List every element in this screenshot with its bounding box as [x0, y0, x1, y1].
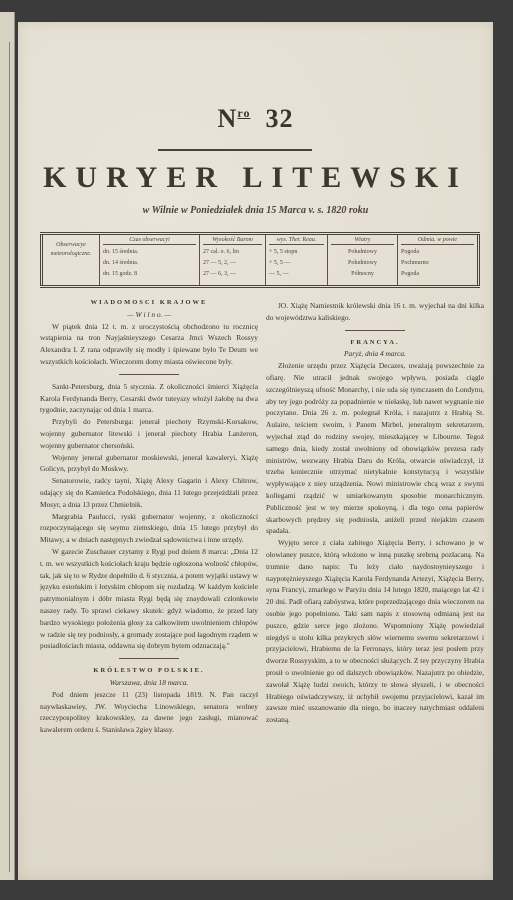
article-paragraph: Wojenny jenerał gubernator moskiewski, j… [40, 452, 258, 476]
article-paragraph: Sankt-Petersburg, dnia 5 stycznia. Z oko… [40, 381, 258, 416]
divider [345, 330, 405, 331]
left-column: WIADOMOSCI KRAJOWE — W i l n o. — W piąt… [40, 297, 258, 736]
weather-col-wind: Wiatry Południowy Południowy Północny [328, 235, 398, 285]
weather-table: Obserwacye meteorologiczne. Czas obserwa… [40, 232, 480, 288]
dateline: w Wilnie w Poniedziałek dnia 15 Marca v.… [18, 205, 493, 216]
section-title-poland: KRÓLESTWO POLSKIE. [40, 665, 258, 677]
weather-header: Wysokość Barom [203, 237, 262, 245]
weather-col-thermometer: wys. Ther. Reau. + 5, 5 stopn + 5, 5 — —… [266, 235, 328, 285]
article-paragraph: JO. Xiążę Namiestnik królewski dnia 16 t… [266, 300, 484, 324]
weather-cell: Pogoda [401, 269, 474, 280]
article-paragraph: Pod dniem jeszcze 11 (23) listopada 1819… [40, 689, 258, 736]
article-paragraph: Margrabia Paulucci, ryski gubernator woj… [40, 511, 258, 546]
weather-header: Czas obserwacyi [103, 237, 196, 245]
weather-header: Odmia. w powie [401, 237, 474, 245]
weather-cell: Południowy [331, 247, 394, 258]
article-paragraph: Przybyli do Petersburga: jenerał piechot… [40, 416, 258, 451]
weather-cell: 27 cal. o. 6, lin [203, 247, 262, 258]
previous-page-rule [9, 42, 10, 872]
newspaper-page: Nro 32 KURYER LITEWSKI w Wilnie w Ponied… [18, 22, 493, 880]
weather-col-time: Czas obserwacyi dn. 15 średnia. dn. 14 ś… [100, 235, 200, 285]
weather-cell: 27 — 6, 3, — [203, 269, 262, 280]
article-paragraph: Wyjęto serce z ciała zabitego Xiążęcia B… [266, 537, 484, 726]
article-paragraph: Złożenie urzędu przez Xiążęcia Decazes, … [266, 360, 484, 537]
place-warsaw: Warszawa, dnia 18 marca. [40, 677, 258, 689]
article-paragraph: W piątek dnia 12 t. m. z uroczystością o… [40, 321, 258, 368]
section-title-domestic: WIADOMOSCI KRAJOWE [40, 297, 258, 309]
weather-col-change: Odmia. w powie Pogoda Pochmurno Pogoda [398, 235, 480, 285]
divider [119, 374, 179, 375]
divider [119, 658, 179, 659]
title-rule [158, 149, 312, 151]
weather-cell: dn. 14 średnia. [103, 258, 196, 269]
number-prefix: N [218, 104, 238, 133]
weather-cell: Północny [331, 269, 394, 280]
weather-cell: dn. 15 średnia. [103, 247, 196, 258]
weather-col-barometer: Wysokość Barom 27 cal. o. 6, lin 27 — 5,… [200, 235, 266, 285]
weather-cell: — 5, — [269, 269, 324, 280]
weather-cell: Południowy [331, 258, 394, 269]
weather-cell: + 5, 5 stopn [269, 247, 324, 258]
weather-header: wys. Ther. Reau. [269, 237, 324, 245]
right-column: JO. Xiążę Namiestnik królewski dnia 16 t… [266, 300, 484, 726]
place-vilnius: — W i l n o. — [40, 309, 258, 321]
weather-cell: Pochmurno [401, 258, 474, 269]
weather-cell: + 5, 5 — [269, 258, 324, 269]
weather-label: Obserwacye meteorologiczne. [40, 235, 100, 285]
number-value: 32 [265, 104, 293, 133]
weather-header: Wiatry [331, 237, 394, 245]
weather-cell: 27 — 5, 2, — [203, 258, 262, 269]
article-paragraph: Senatorowie, radcy tayni, Xiążę Alexy Ga… [40, 475, 258, 510]
place-paris: Paryż, dnia 4 marca. [266, 348, 484, 360]
masthead-title: KURYER LITEWSKI [18, 161, 493, 195]
weather-cell: Pogoda [401, 247, 474, 258]
weather-cell: dn. 15 godz. 8 [103, 269, 196, 280]
previous-page-edge [0, 12, 15, 880]
section-title-france: FRANCYA. [266, 337, 484, 349]
number-sup: ro [237, 106, 250, 120]
issue-number: Nro 32 [18, 104, 493, 134]
article-paragraph: W gazecie Zuschauer czytamy z Rygi pod d… [40, 546, 258, 652]
